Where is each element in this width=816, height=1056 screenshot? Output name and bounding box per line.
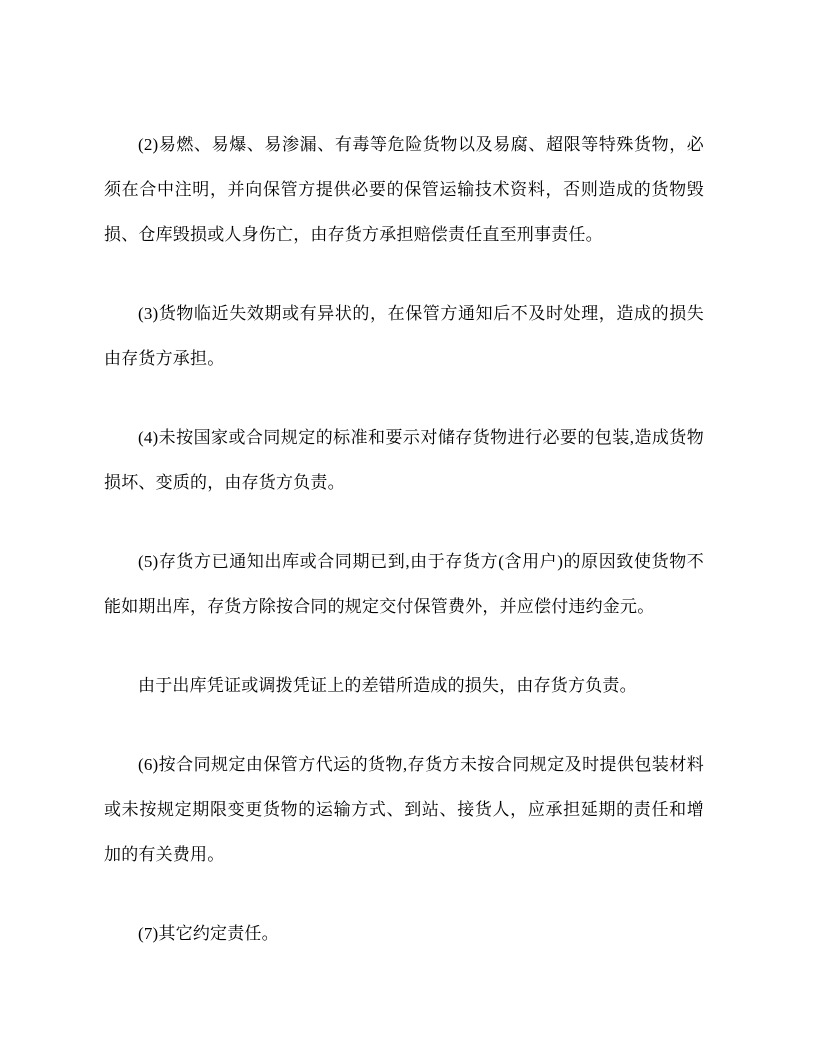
contract-clause-5-supplement: 由于出库凭证或调拨凭证上的差错所造成的损失，由存货方负责。	[104, 663, 704, 708]
document-body: (2)易燃、易爆、易渗漏、有毒等危险货物以及易腐、超限等特殊货物，必须在合中注明…	[104, 122, 704, 956]
contract-clause-5: (5)存货方已通知出库或合同期已到,由于存货方(含用户)的原因致使货物不能如期出…	[104, 539, 704, 629]
contract-clause-7: (7)其它约定责任。	[104, 911, 704, 956]
contract-clause-6: (6)按合同规定由保管方代运的货物,存货方未按合同规定及时提供包装材料或未按规定…	[104, 742, 704, 877]
document-page: (2)易燃、易爆、易渗漏、有毒等危险货物以及易腐、超限等特殊货物，必须在合中注明…	[0, 0, 816, 1056]
contract-clause-2: (2)易燃、易爆、易渗漏、有毒等危险货物以及易腐、超限等特殊货物，必须在合中注明…	[104, 122, 704, 257]
contract-clause-3: (3)货物临近失效期或有异状的，在保管方通知后不及时处理，造成的损失由存货方承担…	[104, 291, 704, 381]
contract-clause-4: (4)未按国家或合同规定的标准和要示对储存货物进行必要的包装,造成货物损坏、变质…	[104, 415, 704, 505]
